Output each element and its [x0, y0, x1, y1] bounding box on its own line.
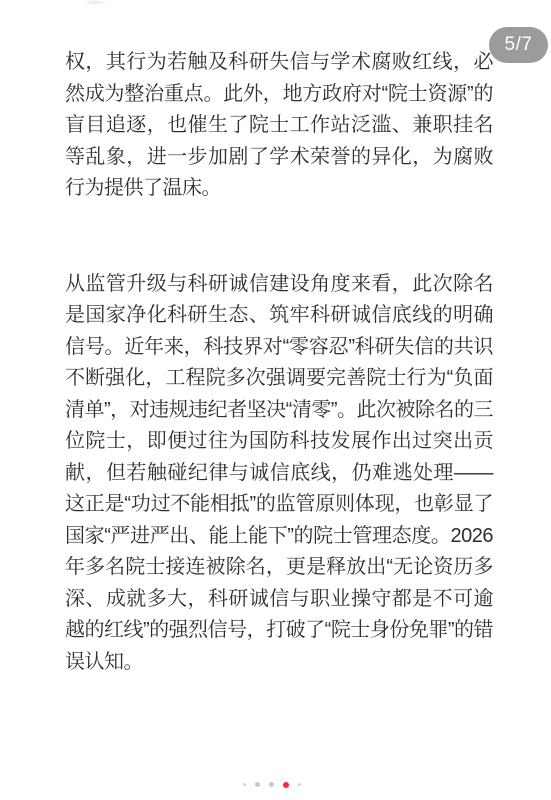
pagination-dot[interactable] [243, 783, 246, 786]
pagination-dot[interactable] [298, 783, 301, 786]
paragraph-1: 权，其行为若触及科研失信与学术腐败红线，必然成为整治重点。此外，地方政府对“院士… [65, 47, 493, 205]
top-smudge-artifact [82, 0, 108, 5]
pagination-dot[interactable] [269, 782, 274, 787]
paragraph-2: 从监管升级与科研诚信建设角度来看，此次除名是国家净化科研生态、筑牢科研诚信底线的… [65, 269, 493, 679]
pagination-dots [0, 777, 547, 792]
page-counter-badge: 5/7 [489, 27, 548, 63]
pagination-dot[interactable] [255, 782, 260, 787]
pagination-dot-active[interactable] [283, 782, 289, 788]
article-text-block: 权，其行为若触及科研失信与学术腐败红线，必然成为整治重点。此外，地方政府对“院士… [65, 47, 493, 678]
